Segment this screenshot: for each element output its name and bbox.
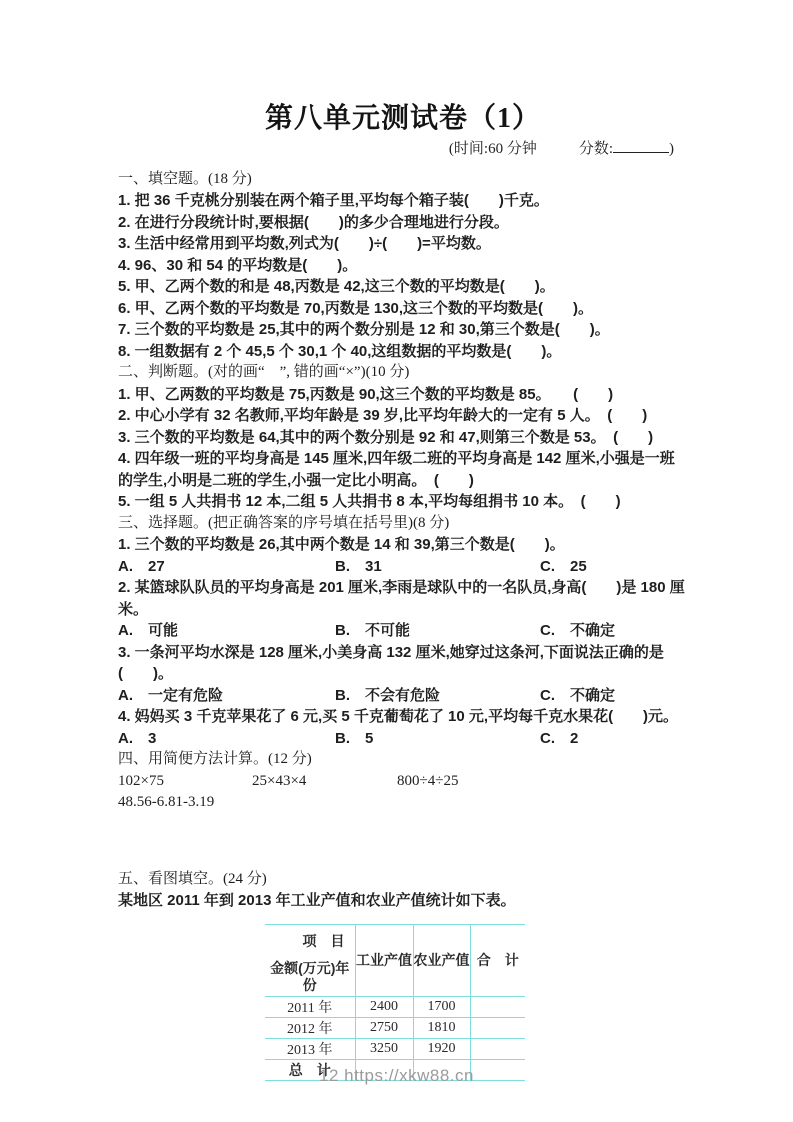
time-label: (时间:60 分钟 (449, 141, 537, 157)
corner-item-label: 项 目 (265, 927, 355, 951)
fill-item-4: 4. 96、30 和 54 的平均数是( )。 (118, 255, 688, 277)
page-title: 第八单元测试卷（1） (118, 96, 688, 136)
option-b: B. 31 (335, 556, 540, 578)
test-paper-page: 第八单元测试卷（1） (时间:60 分钟分数:) 一、填空题。(18 分) 1.… (0, 0, 793, 1122)
choice-question-2: 2. 某篮球队队员的平均身高是 201 厘米,李雨是球队中的一名队员,身高( )… (118, 577, 688, 620)
agriculture-value: 1700 (413, 996, 470, 1017)
table-row-2013: 2013 年 3250 1920 (265, 1038, 525, 1059)
year-label: 2012 年 (265, 1017, 355, 1038)
col-header-total: 合 计 (470, 924, 525, 996)
paper-meta: (时间:60 分钟分数:) (118, 139, 674, 161)
judge-item-2: 2. 中心小学有 32 名教师,平均年龄是 39 岁,比平均年龄大的一定有 5 … (118, 405, 688, 427)
option-c: C. 不确定 (540, 685, 688, 707)
option-c: C. 2 (540, 728, 688, 750)
fill-item-1: 1. 把 36 千克桃分别装在两个箱子里,平均每个箱子装( )千克。 (118, 190, 688, 212)
fill-item-8: 8. 一组数据有 2 个 45,5 个 30,1 个 40,这组数据的平均数是(… (118, 341, 688, 363)
calc-expression-2: 25×43×4 (252, 771, 397, 793)
total-value (470, 996, 525, 1017)
col-header-industry: 工业产值 (355, 924, 413, 996)
table-row-2011: 2011 年 2400 1700 (265, 996, 525, 1017)
total-value (470, 1038, 525, 1059)
judge-item-3: 3. 三个数的平均数是 64,其中的两个数分别是 92 和 47,则第三个数是 … (118, 427, 688, 449)
agriculture-value: 1810 (413, 1017, 470, 1038)
corner-amount-year-label: 金额(万元)年份 (265, 960, 355, 994)
total-value (470, 1017, 525, 1038)
judge-item-1: 1. 甲、乙两数的平均数是 75,丙数是 90,这三个数的平均数是 85。 ( … (118, 384, 688, 406)
option-a: A. 3 (118, 728, 335, 750)
production-stats-table: 项 目 金额(万元)年份 工业产值 农业产值 合 计 2011 年 2400 1… (265, 924, 525, 1081)
calc-expression-4: 48.56-6.81-3.19 (118, 792, 688, 814)
fill-item-5: 5. 甲、乙两个数的和是 48,丙数是 42,这三个数的平均数是( )。 (118, 276, 688, 298)
option-b: B. 不可能 (335, 620, 540, 642)
choice-question-4: 4. 妈妈买 3 千克苹果花了 6 元,买 5 千克葡萄花了 10 元,平均每千… (118, 706, 688, 728)
agriculture-value: 1920 (413, 1038, 470, 1059)
industry-value: 2750 (355, 1017, 413, 1038)
section-3-heading: 三、选择题。(把正确答案的序号填在括号里)(8 分) (118, 513, 688, 535)
calc-expressions-row: 102×75 25×43×4 800÷4÷25 (118, 771, 688, 793)
option-b: B. 不会有危险 (335, 685, 540, 707)
choice-options-1: A. 27 B. 31 C. 25 (118, 556, 688, 578)
option-c: C. 25 (540, 556, 688, 578)
fill-item-6: 6. 甲、乙两个数的平均数是 70,丙数是 130,这三个数的平均数是( )。 (118, 298, 688, 320)
choice-question-1: 1. 三个数的平均数是 26,其中两个数是 14 和 39,第三个数是( )。 (118, 534, 688, 556)
table-corner-cell: 项 目 金额(万元)年份 (265, 924, 355, 996)
choice-question-3: 3. 一条河平均水深是 128 厘米,小美身高 132 厘米,她穿过这条河,下面… (118, 642, 688, 685)
year-label: 2011 年 (265, 996, 355, 1017)
page-footer-url: 12 https://xkw88.cn (0, 1066, 793, 1086)
calc-expression-3: 800÷4÷25 (397, 771, 688, 793)
section-1-heading: 一、填空题。(18 分) (118, 169, 688, 191)
option-c: C. 不确定 (540, 620, 688, 642)
table-header-row: 项 目 金额(万元)年份 工业产值 农业产值 合 计 (265, 924, 525, 996)
calc-expression-1: 102×75 (118, 771, 252, 793)
industry-value: 2400 (355, 996, 413, 1017)
option-a: A. 27 (118, 556, 335, 578)
score-blank-line (613, 139, 669, 153)
section-5-heading: 五、看图填空。(24 分) (118, 869, 688, 891)
year-label: 2013 年 (265, 1038, 355, 1059)
fill-item-2: 2. 在进行分段统计时,要根据( )的多少合理地进行分段。 (118, 212, 688, 234)
choice-options-3: A. 一定有危险 B. 不会有危险 C. 不确定 (118, 685, 688, 707)
score-label: 分数: (579, 141, 613, 157)
choice-options-2: A. 可能 B. 不可能 C. 不确定 (118, 620, 688, 642)
fill-item-3: 3. 生活中经常用到平均数,列式为( )÷( )=平均数。 (118, 233, 688, 255)
choice-options-4: A. 3 B. 5 C. 2 (118, 728, 688, 750)
option-a: A. 一定有危险 (118, 685, 335, 707)
col-header-agriculture: 农业产值 (413, 924, 470, 996)
judge-item-4: 4. 四年级一班的平均身高是 145 厘米,四年级二班的平均身高是 142 厘米… (118, 448, 688, 491)
section-4-heading: 四、用简便方法计算。(12 分) (118, 749, 688, 771)
industry-value: 3250 (355, 1038, 413, 1059)
section-2-heading: 二、判断题。(对的画“ ”, 错的画“×”)(10 分) (118, 362, 688, 384)
fill-item-7: 7. 三个数的平均数是 25,其中的两个数分别是 12 和 30,第三个数是( … (118, 319, 688, 341)
meta-close-paren: ) (669, 141, 674, 157)
section-5-intro: 某地区 2011 年到 2013 年工业产值和农业产值统计如下表。 (118, 890, 688, 912)
paper-body: 一、填空题。(18 分) 1. 把 36 千克桃分别装在两个箱子里,平均每个箱子… (118, 169, 688, 1081)
option-a: A. 可能 (118, 620, 335, 642)
table-row-2012: 2012 年 2750 1810 (265, 1017, 525, 1038)
judge-item-5: 5. 一组 5 人共捐书 12 本,二组 5 人共捐书 8 本,平均每组捐书 1… (118, 491, 688, 513)
option-b: B. 5 (335, 728, 540, 750)
